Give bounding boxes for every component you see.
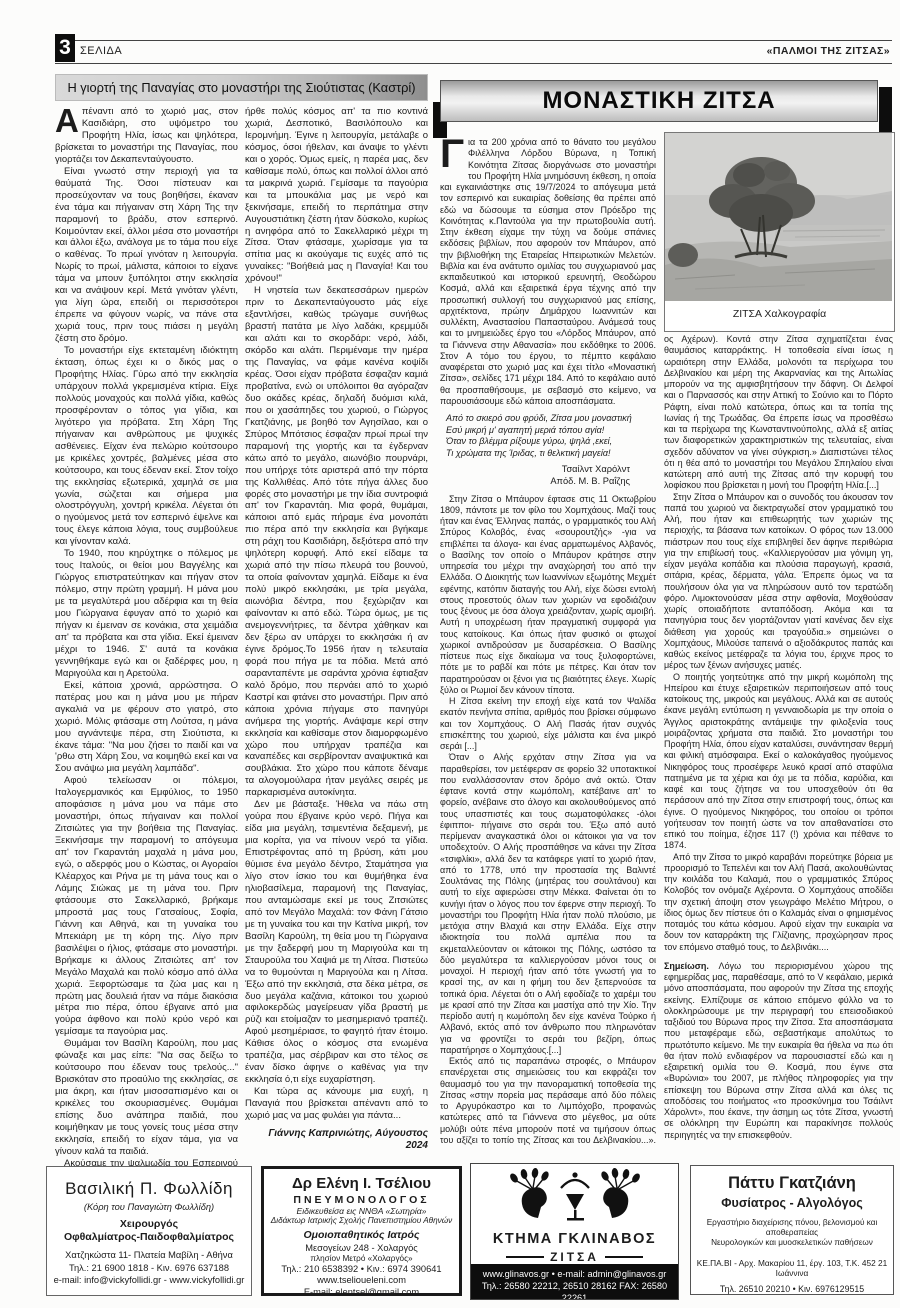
ad-gatziani-name: Πάττυ Γκατζιάνη <box>691 1174 893 1193</box>
paragraph: Το 1940, που κηρύχτηκε ο πόλεμος με τους… <box>55 548 238 679</box>
ad-tseliou-line2: Διδάκτωρ Ιατρικής Σχολής Πανεπιστημίου Α… <box>264 1216 459 1226</box>
editor-note: Σημείωση. Λόγω του περιορισμένου χώρου τ… <box>664 961 893 1141</box>
byron-poem-quote: Από το σκιερό σου φρύδι, Ζίτσα μου μονασ… <box>440 407 656 461</box>
ad-tseliou-specialty: ΠΝΕΥΜΟΝΟΛΟΓΟΣ <box>264 1194 459 1206</box>
ad-glinavos-name: ΚΤΗΜΑ ΓΚΛΙΝΑΒΟΣ <box>471 1231 678 1247</box>
dash-left <box>506 1256 544 1258</box>
paragraph: ήρθε πολύς κόσμος απ' τα πιο κοντινά χωρ… <box>245 106 428 285</box>
paragraph: Από την Ζίτσα το μικρό καραβάνι πορεύτηκ… <box>664 852 893 953</box>
paragraph: ος Αχέρων). Κοντά στην Ζίτσα σχηματίζετα… <box>664 334 893 492</box>
paragraph: Απέναντι από το χωριό μας, στον Κασιδιάρ… <box>55 106 238 166</box>
ad-tseliou-metro: πλησίον Μετρό «Χολαργός» <box>264 1254 459 1264</box>
ad-tseliou-web: www.tselioueleni.com <box>264 1275 459 1286</box>
dropcap: Α <box>55 106 82 134</box>
paragraph: Στην Ζίτσα ο Μπάυρον και ο συνοδός του ά… <box>664 492 893 672</box>
paragraph: Ο ποιητής γοητεύτηκε από την μικρή κωμόπ… <box>664 672 893 852</box>
page-number: 3 <box>59 36 71 59</box>
ad-gatziani: Πάττυ Γκατζιάνη Φυσίατρος - Αλγολόγος Ερ… <box>690 1165 894 1295</box>
author-signature: Γιάννης Καπρινιώτης, Αύγουστος 2024 <box>245 1128 428 1152</box>
article-panagia-title: Η γιορτή της Παναγίας στο μοναστήρι της … <box>55 74 428 101</box>
ad-follidi-address: Χατζηκώστα 11- Πλατεία Μαβίλη - Αθήνα <box>47 1250 251 1262</box>
ad-glinavos-place: ΖΙΤΣΑ <box>471 1250 678 1264</box>
ad-follidi-phones: Τηλ.: 21 6900 1818 - Κιν. 6976 637188 <box>47 1263 251 1275</box>
paragraph: Εκτός από τις παραπάνω στροφές, ο Μπάυρο… <box>440 1056 656 1147</box>
article-monastiki-zitsa: ΜΟΝΑΣΤΙΚΗ ΖΙΤΣΑ Για τα 200 χρόνια από το… <box>438 80 893 1158</box>
ad-tseliou-email: E-mail: elentsel@gmail.com <box>264 1287 459 1296</box>
ad-glinavos-web: www.glinavos.gr • e-mail: admin@glinavos… <box>473 1268 676 1280</box>
ad-glinavos-phones: Τηλ.: 26580 22212, 26510 28162 FAX: 2658… <box>473 1280 676 1300</box>
ad-glinavos-logo-area: ΚΤΗΜΑ ΓΚΛΙΝΑΒΟΣ ΖΙΤΣΑ <box>471 1164 678 1264</box>
ad-tseliou-address: Μεσογείων 248 - Χολαργός <box>264 1243 459 1254</box>
quote-attribution: Τσαίλντ Χαρόλντ Απόδ. Μ. Β. Ραΐζης <box>440 461 656 493</box>
paragraph: Αφού τελείωσαν οι πόλεμοι, Ιταλογερμανικ… <box>55 775 238 1038</box>
article-monastiki-title: ΜΟΝΑΣΤΙΚΗ ΖΙΤΣΑ <box>440 80 878 122</box>
ad-glinavos: ΚΤΗΜΑ ΓΚΛΙΝΑΒΟΣ ΖΙΤΣΑ www.glinavos.gr • … <box>470 1163 679 1300</box>
article-panagia: Η γιορτή της Παναγίας στο μοναστήρι της … <box>55 74 428 1182</box>
paragraph: Είναι γνωστό στην περιοχή για τα θαύματά… <box>55 166 238 345</box>
ad-gatziani-role: Φυσίατρος - Αλγολόγος <box>691 1196 893 1210</box>
ad-tseliou-phones: Τηλ.: 210 6538392 • Κιν.: 6974 390641 <box>264 1264 459 1275</box>
zitsa-etching-image <box>665 133 892 301</box>
newspaper-page: 3 ΣΕΛΙΔΑ «ΠΑΛΜΟΙ ΤΗΣ ΖΙΤΣΑΣ» Η γιορτή τη… <box>0 0 900 1308</box>
ad-follidi-subtitle: (Κόρη του Παναγιώτη Φωλλίδη) <box>47 1202 251 1212</box>
paragraph: Η Ζίτσα εκείνη την εποχή είχε κατά τον Ψ… <box>440 696 656 752</box>
ad-tseliou: Δρ Ελένη Ι. Τσέλιου ΠΝΕΥΜΟΝΟΛΟΓΟΣ Ειδικε… <box>261 1166 462 1296</box>
paragraph: Και τώρα ας κάνουμε μια ευχή, η Παναγιά … <box>245 1086 428 1122</box>
article-title-block: ΜΟΝΑΣΤΙΚΗ ΖΙΤΣΑ <box>438 80 878 122</box>
title-shadow-right <box>879 87 892 136</box>
zitsa-etching-figure: ΖΙΤΣΑ Χαλκογραφία <box>664 132 895 332</box>
ad-tseliou-line1: Ειδικευθείσα εις ΝΝΘΑ «Σωτηρία» <box>264 1206 459 1216</box>
ad-gatziani-phones: Τηλ. 26510 20210 • Κιν. 6976129515 <box>691 1284 893 1294</box>
ad-gatziani-address: ΚΕ.ΠΑ.ΒΙ - Αρχ. Μακαρίου 11, έργ. 103, Τ… <box>691 1258 893 1278</box>
ad-follidi-name: Βασιλική Π. Φωλλίδη <box>47 1179 251 1199</box>
ad-gatziani-description: Εργαστήριο διαχείρισης πόνου, βελονισμού… <box>691 1218 893 1248</box>
ad-follidi-email: e-mail: info@vickyfollidi.gr - www.vicky… <box>47 1275 251 1287</box>
paragraph: Το μοναστήρι είχε εκτεταμένη ιδιόκτητη έ… <box>55 345 238 548</box>
paragraph: Θυμάμαι τον Βασίλη Καρούλη, που μας φώνα… <box>55 1038 238 1158</box>
ad-follidi: Βασιλική Π. Φωλλίδη (Κόρη του Παναγιώτη … <box>46 1166 252 1296</box>
dash-right <box>605 1256 643 1258</box>
paragraph: Για τα 200 χρόνια από το θάνατο του μεγά… <box>440 137 656 407</box>
paragraph: Δεν με βάσταξε. Ήθελα να πάω στη γούρα π… <box>245 799 428 1086</box>
article-panagia-column-1: Απέναντι από το χωριό μας, στον Κασιδιάρ… <box>55 106 238 1182</box>
header-rule-bottom <box>55 63 892 64</box>
article-monastiki-column-1: Για τα 200 χρόνια από το θάνατο του μεγά… <box>440 137 656 1147</box>
etching-caption: ΖΙΤΣΑ Χαλκογραφία <box>665 301 894 328</box>
paragraph: Η νηστεία των δεκατεσσάρων ημερών πριν τ… <box>245 285 428 799</box>
paragraph: Όταν ο Αλής ερχόταν στην Ζίτσα για να πα… <box>440 752 656 1056</box>
dropcap: Γ <box>440 137 468 171</box>
masthead-title: «ΠΑΛΜΟΙ ΤΗΣ ΖΙΤΣΑΣ» <box>767 45 890 57</box>
paragraph: Στην Ζίτσα ο Μπάυρον έφτασε στις 11 Οκτω… <box>440 494 656 697</box>
article-panagia-column-2: ήρθε πολύς κόσμος απ' τα πιο κοντινά χωρ… <box>245 106 428 1182</box>
page-label: ΣΕΛΙΔΑ <box>80 45 122 57</box>
ad-follidi-role: Χειρουργός Οφθαλμίατρος-Παιδοφθαλμίατρος <box>47 1218 251 1243</box>
peacocks-logo-icon <box>500 1168 650 1224</box>
ad-glinavos-contact-strip: www.glinavos.gr • e-mail: admin@glinavos… <box>471 1264 678 1300</box>
article-monastiki-column-2: ος Αχέρων). Κοντά στην Ζίτσα σχηματίζετα… <box>664 334 893 1146</box>
paragraph: Εκεί, κάποια χρονιά, αρρώστησα. Ο πατέρα… <box>55 680 238 776</box>
ad-tseliou-name: Δρ Ελένη Ι. Τσέλιου <box>264 1175 459 1192</box>
header-rule-top <box>55 40 892 41</box>
page-number-box: 3 <box>55 34 75 62</box>
ad-tseliou-role: Ομοιοπαθητικός Ιατρός <box>264 1229 459 1241</box>
